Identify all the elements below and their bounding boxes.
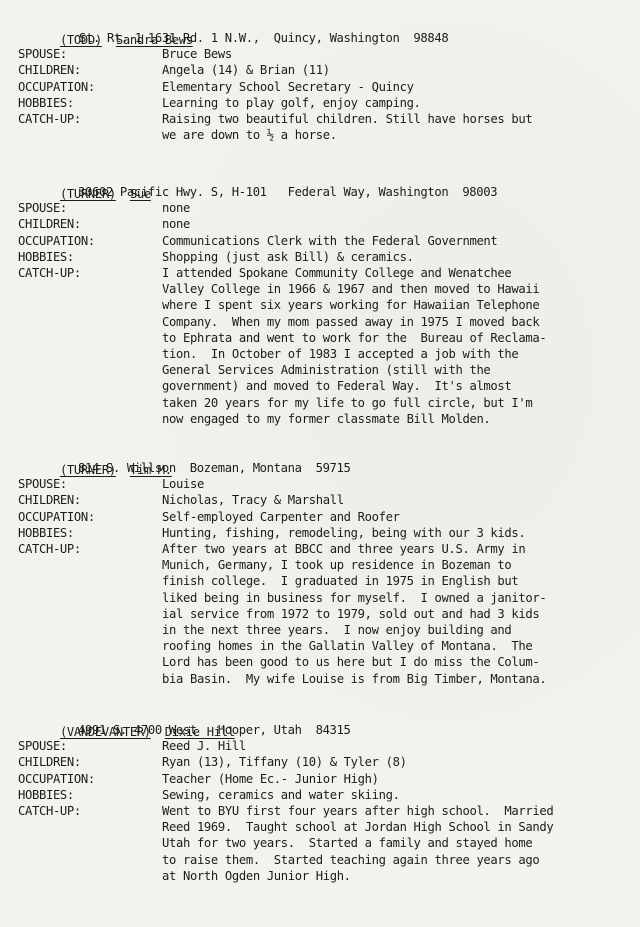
occupation-value: Communications Clerk with the Federal Go… (162, 233, 628, 249)
catchup-line: I attended Spokane Community College and… (162, 265, 628, 281)
hobbies-row: HOBBIES:Hunting, fishing, remodeling, be… (18, 525, 628, 541)
catchup-line: finish college. I graduated in 1975 in E… (162, 573, 628, 589)
catchup-line: tion. In October of 1983 I accepted a jo… (162, 346, 628, 362)
entry-header: (TURNER)Tim M. (18, 446, 628, 460)
catchup-label: CATCH-UP: (18, 265, 162, 427)
given-name: Sandra Bews (116, 33, 193, 47)
catchup-line: Raising two beautiful children. Still ha… (162, 111, 628, 127)
occupation-row: OCCUPATION:Teacher (Home Ec.- Junior Hig… (18, 771, 628, 787)
hobbies-value: Learning to play golf, enjoy camping. (162, 95, 628, 111)
spouse-row: SPOUSE:Bruce Bews (18, 46, 628, 62)
given-name: Tim M. (130, 463, 172, 477)
hobbies-label: HOBBIES: (18, 525, 162, 541)
spouse-row: SPOUSE:Louise (18, 476, 628, 492)
catchup-text: I attended Spokane Community College and… (162, 265, 628, 427)
entry-header: (VANDEVANTER)Dixie Hill (18, 708, 628, 722)
catchup-line: roofing homes in the Gallatin Valley of … (162, 638, 628, 654)
hobbies-label: HOBBIES: (18, 95, 162, 111)
catchup-line: Reed 1969. Taught school at Jordan High … (162, 819, 628, 835)
occupation-value: Self-employed Carpenter and Roofer (162, 509, 628, 525)
catchup-label: CATCH-UP: (18, 111, 162, 143)
children-row: CHILDREN:Nicholas, Tracy & Marshall (18, 492, 628, 508)
maiden-surname: (TURNER) (60, 463, 116, 477)
children-value: Angela (14) & Brian (11) (162, 62, 628, 78)
catchup-line: General Services Administration (still w… (162, 362, 628, 378)
spouse-value: Louise (162, 476, 628, 492)
maiden-surname: (TODD) (60, 33, 102, 47)
catchup-row: CATCH-UP:Went to BYU first four years af… (18, 803, 628, 884)
catchup-line: Lord has been good to us here but I do m… (162, 654, 628, 670)
catchup-line: taken 20 years for my life to go full ci… (162, 395, 628, 411)
children-label: CHILDREN: (18, 62, 162, 78)
catchup-line: at North Ogden Junior High. (162, 868, 628, 884)
catchup-line: ial service from 1972 to 1979, sold out … (162, 606, 628, 622)
catchup-line: to raise them. Started teaching again th… (162, 852, 628, 868)
occupation-label: OCCUPATION: (18, 79, 162, 95)
occupation-row: OCCUPATION:Self-employed Carpenter and R… (18, 509, 628, 525)
catchup-label: CATCH-UP: (18, 541, 162, 687)
catchup-line: After two years at BBCC and three years … (162, 541, 628, 557)
hobbies-row: HOBBIES:Sewing, ceramics and water skiin… (18, 787, 628, 803)
occupation-label: OCCUPATION: (18, 509, 162, 525)
spouse-value: Reed J. Hill (162, 738, 628, 754)
entry-header: (TODD)Sandra Bews (18, 16, 628, 30)
catchup-line: in the next three years. I now enjoy bui… (162, 622, 628, 638)
hobbies-row: HOBBIES:Learning to play golf, enjoy cam… (18, 95, 628, 111)
entry-turner-tim: (TURNER)Tim M. 814 S. Willson Bozeman, M… (18, 446, 628, 687)
children-label: CHILDREN: (18, 492, 162, 508)
hobbies-label: HOBBIES: (18, 787, 162, 803)
catchup-line: bia Basin. My wife Louise is from Big Ti… (162, 671, 628, 687)
hobbies-value: Sewing, ceramics and water skiing. (162, 787, 628, 803)
occupation-row: OCCUPATION:Elementary School Secretary -… (18, 79, 628, 95)
children-value: Ryan (13), Tiffany (10) & Tyler (8) (162, 754, 628, 770)
spouse-value: none (162, 200, 628, 216)
maiden-surname: (TURNER) (60, 187, 116, 201)
children-value: none (162, 216, 628, 232)
children-row: CHILDREN:none (18, 216, 628, 232)
entry-vandevanter: (VANDEVANTER)Dixie Hill 4991 S. 4700 Wes… (18, 708, 628, 884)
catchup-line: we are down to ½ a horse. (162, 127, 628, 143)
catchup-row: CATCH-UP:I attended Spokane Community Co… (18, 265, 628, 427)
children-row: CHILDREN:Angela (14) & Brian (11) (18, 62, 628, 78)
catchup-line: Munich, Germany, I took up residence in … (162, 557, 628, 573)
catchup-line: where I spent six years working for Hawa… (162, 297, 628, 313)
catchup-text: After two years at BBCC and three years … (162, 541, 628, 687)
occupation-label: OCCUPATION: (18, 233, 162, 249)
entry-turner-sue: (TURNER)Sue 30602 Pacific Hwy. S, H-101 … (18, 170, 628, 427)
children-label: CHILDREN: (18, 216, 162, 232)
maiden-surname: (VANDEVANTER) (60, 725, 151, 739)
spouse-row: SPOUSE:none (18, 200, 628, 216)
hobbies-value: Hunting, fishing, remodeling, being with… (162, 525, 628, 541)
catchup-line: liked being in business for myself. I ow… (162, 590, 628, 606)
spouse-row: SPOUSE:Reed J. Hill (18, 738, 628, 754)
catchup-text: Went to BYU first four years after high … (162, 803, 628, 884)
catchup-line: Went to BYU first four years after high … (162, 803, 628, 819)
catchup-label: CATCH-UP: (18, 803, 162, 884)
catchup-line: government) and moved to Federal Way. It… (162, 378, 628, 394)
catchup-line: now engaged to my former classmate Bill … (162, 411, 628, 427)
occupation-label: OCCUPATION: (18, 771, 162, 787)
document-page: (TODD)Sandra Bews St. Rt. 11631 Rd. 1 N.… (0, 0, 640, 927)
hobbies-value: Shopping (just ask Bill) & ceramics. (162, 249, 628, 265)
occupation-value: Teacher (Home Ec.- Junior High) (162, 771, 628, 787)
hobbies-row: HOBBIES:Shopping (just ask Bill) & ceram… (18, 249, 628, 265)
catchup-line: Valley College in 1966 & 1967 and then m… (162, 281, 628, 297)
catchup-line: Utah for two years. Started a family and… (162, 835, 628, 851)
entry-todd: (TODD)Sandra Bews St. Rt. 11631 Rd. 1 N.… (18, 16, 628, 143)
address-text: 1631 Rd. 1 N.W., Quincy, Washington 9884… (148, 31, 448, 45)
given-name: Sue (130, 187, 151, 201)
hobbies-label: HOBBIES: (18, 249, 162, 265)
entry-header: (TURNER)Sue (18, 170, 628, 184)
children-row: CHILDREN:Ryan (13), Tiffany (10) & Tyler… (18, 754, 628, 770)
catchup-row: CATCH-UP:Raising two beautiful children.… (18, 111, 628, 143)
occupation-row: OCCUPATION:Communications Clerk with the… (18, 233, 628, 249)
catchup-line: Company. When my mom passed away in 1975… (162, 314, 628, 330)
catchup-line: to Ephrata and went to work for the Bure… (162, 330, 628, 346)
children-value: Nicholas, Tracy & Marshall (162, 492, 628, 508)
catchup-row: CATCH-UP:After two years at BBCC and thr… (18, 541, 628, 687)
children-label: CHILDREN: (18, 754, 162, 770)
occupation-value: Elementary School Secretary - Quincy (162, 79, 628, 95)
spouse-value: Bruce Bews (162, 46, 628, 62)
given-name: Dixie Hill (165, 725, 235, 739)
catchup-text: Raising two beautiful children. Still ha… (162, 111, 628, 143)
